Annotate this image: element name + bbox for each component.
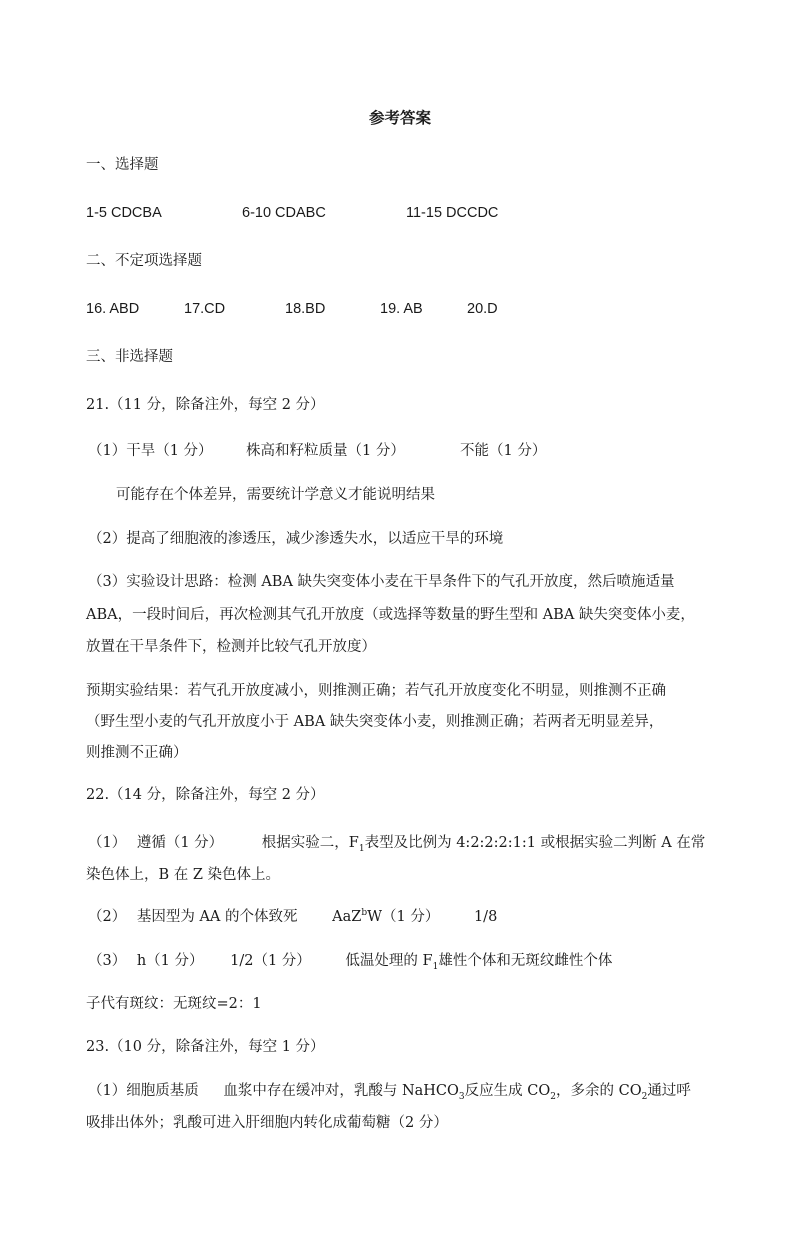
q21-result-line2: （野生型小麦的气孔开放度小于 ABA 缺失突变体小麦，则推测正确；若两者无明显差… [86,712,663,732]
q21-part1-b: 株高和籽粒质量（1 分） [246,441,405,461]
q22-part3-a: h（1 分） [137,953,204,969]
q21-part1-c: 不能（1 分） [460,441,546,461]
section-heading-multiple-choice: 一、选择题 [86,155,159,175]
q21-result-line1: 预期实验结果：若气孔开放度减小，则推测正确；若气孔开放度变化不明显，则推测不正确 [86,681,666,701]
q22-part1-label: （1） [88,835,126,851]
q22-part1-a: 遵循（1 分） [137,835,223,851]
q21-part1-a: （1）干旱（1 分） [88,441,213,461]
answer-20: 20.D [467,299,498,319]
q21-part3-line3: 放置在干旱条件下，检测并比较气孔开放度） [86,637,376,657]
q23-part1-b: 血浆中存在缓冲对，乳酸与 NaHCO3反应生成 CO2，多余的 CO2通过呼 [223,1083,690,1099]
q22-part3-b: 1/2（1 分） [230,953,311,969]
q22-part1: （1） 遵循（1 分） 根据实验二，F1表型及比例为 4:2:2:2:1:1 或… [88,833,705,853]
q21-part3-line1: （3）实验设计思路：检测 ABA 缺失突变体小麦在干旱条件下的气孔开放度，然后喷… [88,572,675,592]
q21-result-line3: 则推测不正确） [86,743,188,763]
answer-group-11-15: 11-15 DCCDC [406,203,498,223]
answer-17: 17.CD [184,299,225,319]
q21-header: 21.（11 分，除备注外，每空 2 分） [86,395,325,415]
section-heading-indefinite-choice: 二、不定项选择题 [86,251,202,271]
answer-group-1-5: 1-5 CDCBA [86,203,162,223]
answer-16: 16. ABD [86,299,139,319]
page-title: 参考答案 [0,108,800,128]
answer-18: 18.BD [285,299,325,319]
q22-part1-b: 根据实验二，F1表型及比例为 4:2:2:2:1:1 或根据实验二判断 A 在常 [262,835,705,851]
q22-part2-a: 基因型为 AA 的个体致死 [137,909,298,925]
q23-part1-a: （1）细胞质基质 [88,1083,199,1099]
answer-19: 19. AB [380,299,423,319]
q21-part2: （2）提高了细胞液的渗透压，减少渗透失水，以适应干旱的环境 [88,529,503,549]
q22-part3-label: （3） [88,953,126,969]
q22-part2-b: AaZbW（1 分） [332,909,439,925]
q22-header: 22.（14 分，除备注外，每空 2 分） [86,785,325,805]
q23-header: 23.（10 分，除备注外，每空 1 分） [86,1037,325,1057]
q23-part1-cont: 吸排出体外；乳酸可进入肝细胞内转化成葡萄糖（2 分） [86,1113,448,1133]
q22-part3-c: 低温处理的 F1雄性个体和无斑纹雌性个体 [345,953,612,969]
q22-part2-label: （2） [88,909,126,925]
q22-part3-cont: 子代有斑纹：无斑纹=2：1 [86,994,262,1014]
answer-group-6-10: 6-10 CDABC [242,203,326,223]
q22-part3: （3） h（1 分） 1/2（1 分） 低温处理的 F1雄性个体和无斑纹雌性个体 [88,951,612,971]
q22-part2-c: 1/8 [474,909,497,925]
q21-part1-note: 可能存在个体差异，需要统计学意义才能说明结果 [116,485,435,505]
q22-part1-cont: 染色体上，B 在 Z 染色体上。 [86,865,280,885]
section-heading-non-choice: 三、非选择题 [86,347,173,367]
q22-part2: （2） 基因型为 AA 的个体致死 AaZbW（1 分） 1/8 [88,907,497,927]
q23-part1: （1）细胞质基质 血浆中存在缓冲对，乳酸与 NaHCO3反应生成 CO2，多余的… [88,1081,691,1101]
q21-part3-line2: ABA，一段时间后，再次检测其气孔开放度（或选择等数量的野生型和 ABA 缺失突… [86,605,695,625]
